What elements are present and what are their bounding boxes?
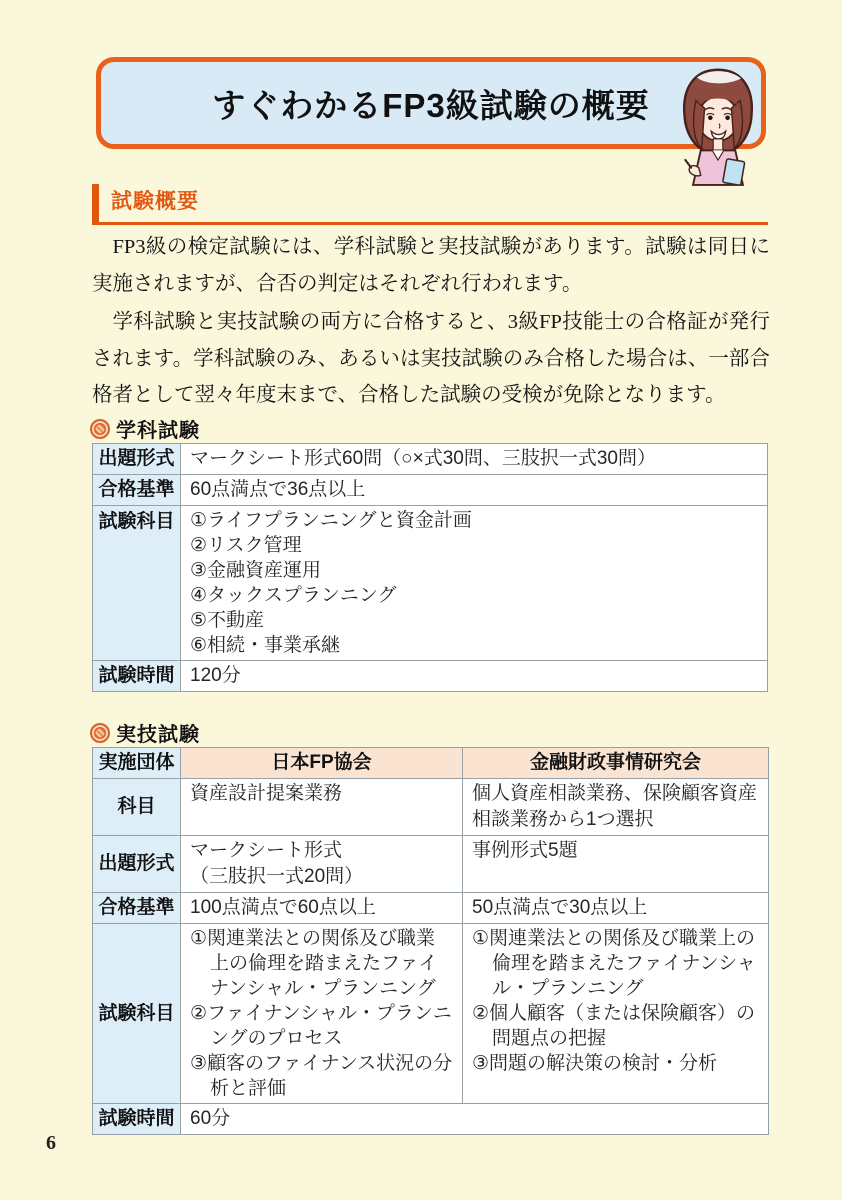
subject-item: ③顧客のファイナンス状況の分析と評価 — [190, 1051, 453, 1101]
title-banner: すぐわかるFP3級試験の概要 — [96, 57, 766, 149]
row-label: 出題形式 — [93, 444, 181, 475]
org-header-fp-kyokai: 日本FP協会 — [181, 748, 463, 779]
row-value: ①関連業法との関係及び職業上の倫理を踏まえたファイナンシャル・プランニング ②フ… — [181, 924, 463, 1104]
practical-exam-heading: 実技試験 — [90, 718, 200, 747]
row-label: 合格基準 — [93, 893, 181, 924]
row-value: ①ライフプランニングと資金計画 ②リスク管理 ③金融資産運用 ④タックスプランニ… — [181, 506, 768, 661]
table-row: 実施団体 日本FP協会 金融財政事情研究会 — [93, 748, 769, 779]
subject-item: ②ファイナンシャル・プランニングのプロセス — [190, 1001, 453, 1051]
character-finger — [685, 160, 691, 168]
overview-section-heading: 試験概要 — [92, 184, 768, 225]
row-label: 科目 — [93, 779, 181, 836]
row-value: マークシート形式60問（○×式30問、三肢択一式30問） — [181, 444, 768, 475]
row-value: 60点満点で36点以上 — [181, 475, 768, 506]
subject-item: ③金融資産運用 — [190, 558, 758, 583]
table-row: 試験時間 60分 — [93, 1104, 769, 1135]
practical-exam-table: 実施団体 日本FP協会 金融財政事情研究会 科目 資産設計提案業務 個人資産相談… — [92, 747, 769, 1135]
row-label: 試験時間 — [93, 1104, 181, 1135]
page-title: すぐわかるFP3級試験の概要 — [212, 80, 650, 127]
page-number: 6 — [46, 1132, 56, 1155]
table-row: 試験科目 ①ライフプランニングと資金計画 ②リスク管理 ③金融資産運用 ④タック… — [93, 506, 768, 661]
character-book — [723, 159, 745, 186]
row-label: 合格基準 — [93, 475, 181, 506]
row-value: 100点満点で60点以上 — [181, 893, 463, 924]
table-row: 試験時間 120分 — [93, 661, 768, 692]
table-row: 試験科目 ①関連業法との関係及び職業上の倫理を踏まえたファイナンシャル・プランニ… — [93, 924, 769, 1104]
overview-paragraph-1: FP3級の検定試験には、学科試験と実技試験があります。試験は同日に実施されますが… — [92, 229, 770, 302]
row-value: 資産設計提案業務 — [181, 779, 463, 836]
org-header-kinzai: 金融財政事情研究会 — [463, 748, 769, 779]
subject-item: ①関連業法との関係及び職業上の倫理を踏まえたファイナンシャル・プランニング — [190, 926, 453, 1001]
subject-item: ⑥相続・事業承継 — [190, 633, 758, 658]
table-row: 合格基準 60点満点で36点以上 — [93, 475, 768, 506]
subject-item: ②個人顧客（または保険顧客）の問題点の把握 — [472, 1001, 759, 1051]
row-value: 60分 — [181, 1104, 769, 1135]
row-label: 試験科目 — [93, 924, 181, 1104]
subject-item: ③問題の解決策の検討・分析 — [472, 1051, 759, 1076]
row-value: 50点満点で30点以上 — [463, 893, 769, 924]
target-bullet-icon — [90, 419, 110, 439]
table-row: 科目 資産設計提案業務 個人資産相談業務、保険顧客資産相談業務から1つ選択 — [93, 779, 769, 836]
row-label: 実施団体 — [93, 748, 181, 779]
overview-paragraphs: FP3級の検定試験には、学科試験と実技試験があります。試験は同日に実施されますが… — [92, 229, 770, 416]
row-value: ①関連業法との関係及び職業上の倫理を踏まえたファイナンシャル・プランニング ②個… — [463, 924, 769, 1104]
table-row: 合格基準 100点満点で60点以上 50点満点で30点以上 — [93, 893, 769, 924]
character-eye-left — [708, 115, 713, 120]
row-value: マークシート形式 （三肢択一式20問） — [181, 836, 463, 893]
character-neck — [713, 139, 723, 151]
row-label: 試験科目 — [93, 506, 181, 661]
character-eye-right — [725, 115, 730, 120]
written-exam-table: 出題形式 マークシート形式60問（○×式30問、三肢択一式30問） 合格基準 6… — [92, 443, 768, 692]
row-label: 試験時間 — [93, 661, 181, 692]
subject-item: ④タックスプランニング — [190, 583, 758, 608]
written-exam-heading: 学科試験 — [90, 414, 200, 443]
teacher-character-illustration — [668, 64, 768, 208]
subject-item: ①ライフプランニングと資金計画 — [190, 508, 758, 533]
subject-item: ②リスク管理 — [190, 533, 758, 558]
practical-exam-heading-label: 実技試験 — [116, 718, 200, 747]
table-row: 出題形式 マークシート形式60問（○×式30問、三肢択一式30問） — [93, 444, 768, 475]
target-bullet-icon — [90, 723, 110, 743]
written-exam-heading-label: 学科試験 — [116, 414, 200, 443]
subject-item: ①関連業法との関係及び職業上の倫理を踏まえたファイナンシャル・プランニング — [472, 926, 759, 1001]
subject-item: ⑤不動産 — [190, 608, 758, 633]
row-value: 個人資産相談業務、保険顧客資産相談業務から1つ選択 — [463, 779, 769, 836]
row-label: 出題形式 — [93, 836, 181, 893]
row-value: 120分 — [181, 661, 768, 692]
overview-paragraph-2: 学科試験と実技試験の両方に合格すると、3級FP技能士の合格証が発行されます。学科… — [92, 304, 770, 414]
table-row: 出題形式 マークシート形式 （三肢択一式20問） 事例形式5題 — [93, 836, 769, 893]
row-value: 事例形式5題 — [463, 836, 769, 893]
